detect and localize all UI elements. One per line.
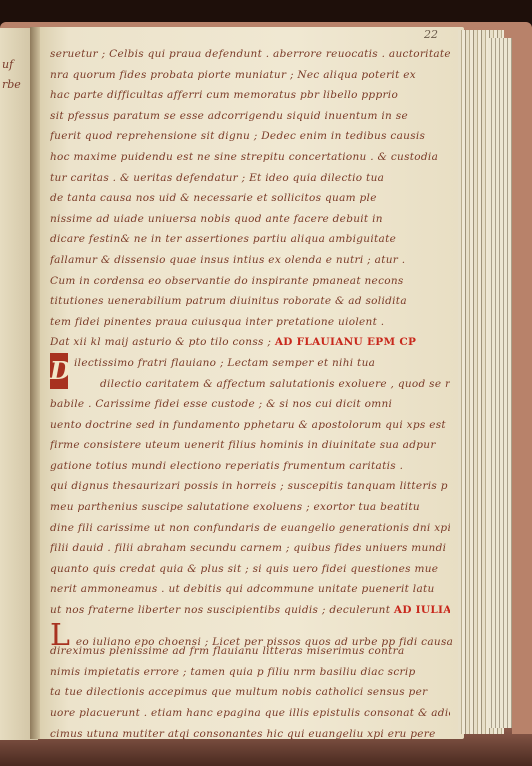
text-line: meu parthenius suscipe salutatione exolu…: [50, 497, 450, 518]
text-line: cimus utuna mutiter atqi consonantes hic…: [50, 724, 450, 745]
text-line: uento doctrine sed in fundamento pphetar…: [50, 415, 450, 436]
text-block: seruetur ; Celbis qui praua defendunt . …: [50, 44, 450, 744]
text-line: uore placuerunt . etiam hanc epagina que…: [50, 703, 450, 724]
left-page-fragment: uf: [2, 58, 13, 71]
text-line: ut nos fraterne liberter nos suscipienti…: [50, 600, 450, 621]
text-line: seruetur ; Celbis qui praua defendunt . …: [50, 44, 450, 65]
text-line: nissime ad uiade uniuersa nobis quod ant…: [50, 209, 450, 230]
text-line: tur caritas . & ueritas defendatur ; Et …: [50, 168, 450, 189]
text-line: dicare festin& ne in ter assertiones par…: [50, 229, 450, 250]
text-line: tem fidei pinentes praua cuiusqua inter …: [50, 312, 450, 333]
text-line: nerit ammoneamus . ut debitis qui adcomm…: [50, 579, 450, 600]
text-line: L eo iuliano epo choensi ; Licet per pis…: [50, 621, 450, 642]
text-line: fuerit quod reprehensione sit dignu ; De…: [50, 126, 450, 147]
text-line: firme consistere uteum uenerit filius ho…: [50, 435, 450, 456]
text-line: gatione totius mundi electiono reperiati…: [50, 456, 450, 477]
gutter-shadow: [30, 27, 40, 739]
text-line: Dat xii kl maij asturio & pto tilo conss…: [50, 332, 450, 353]
text-line: de tanta causa nos uid & necessarie et s…: [50, 188, 450, 209]
rubric-heading: AD IULIANU EPM: [394, 604, 450, 616]
text-line: Cum in cordensa eo observantie do inspir…: [50, 271, 450, 292]
left-page-fragment: rbe: [2, 78, 21, 91]
decorated-initial-d: D: [50, 353, 68, 389]
dating-clause: Dat xii kl maij asturio & pto tilo conss…: [50, 336, 271, 348]
text-line: hac parte difficultas afferri cum memora…: [50, 85, 450, 106]
text-line: dilectio caritatem & affectum salutation…: [74, 374, 450, 395]
rubric-heading: AD FLAUIANU EPM CP: [275, 336, 416, 348]
text-line: fallamur & dissensio quae insus intius e…: [50, 250, 450, 271]
text-line: nra quorum fides probata piorte muniatur…: [50, 65, 450, 86]
text-line: nimis impietatis errore ; tamen quia p f…: [50, 662, 450, 683]
text-line: direximus plenissime ad frm flauianu lit…: [50, 641, 450, 662]
folio-number: 22: [424, 28, 438, 41]
letter-text: ut nos fraterne liberter nos suscipienti…: [50, 604, 390, 616]
text-line: hoc maxime puidendu est ne sine strepitu…: [50, 147, 450, 168]
text-line: babile . Carissime fidei esse custode ; …: [50, 394, 450, 415]
binding-leather: [512, 34, 532, 734]
text-line: qui dignus thesaurizari possis in horrei…: [50, 476, 450, 497]
text-line: filii dauid . filii abraham secundu carn…: [50, 538, 450, 559]
text-line: titutiones uenerabilium patrum diuinitus…: [50, 291, 450, 312]
letter-text: ilectissimo fratri flauiano ; Lectam sem…: [74, 357, 375, 369]
text-line: dine fili carissime ut non confundaris d…: [50, 518, 450, 539]
text-line: ta tue dilectionis accepimus que multum …: [50, 682, 450, 703]
text-line: quanto quis credat quia & plus sit ; si …: [50, 559, 450, 580]
text-line: D ilectissimo fratri flauiano ; Lectam s…: [50, 353, 450, 374]
text-line: sit pfessus paratum se esse adcorrigendu…: [50, 106, 450, 127]
